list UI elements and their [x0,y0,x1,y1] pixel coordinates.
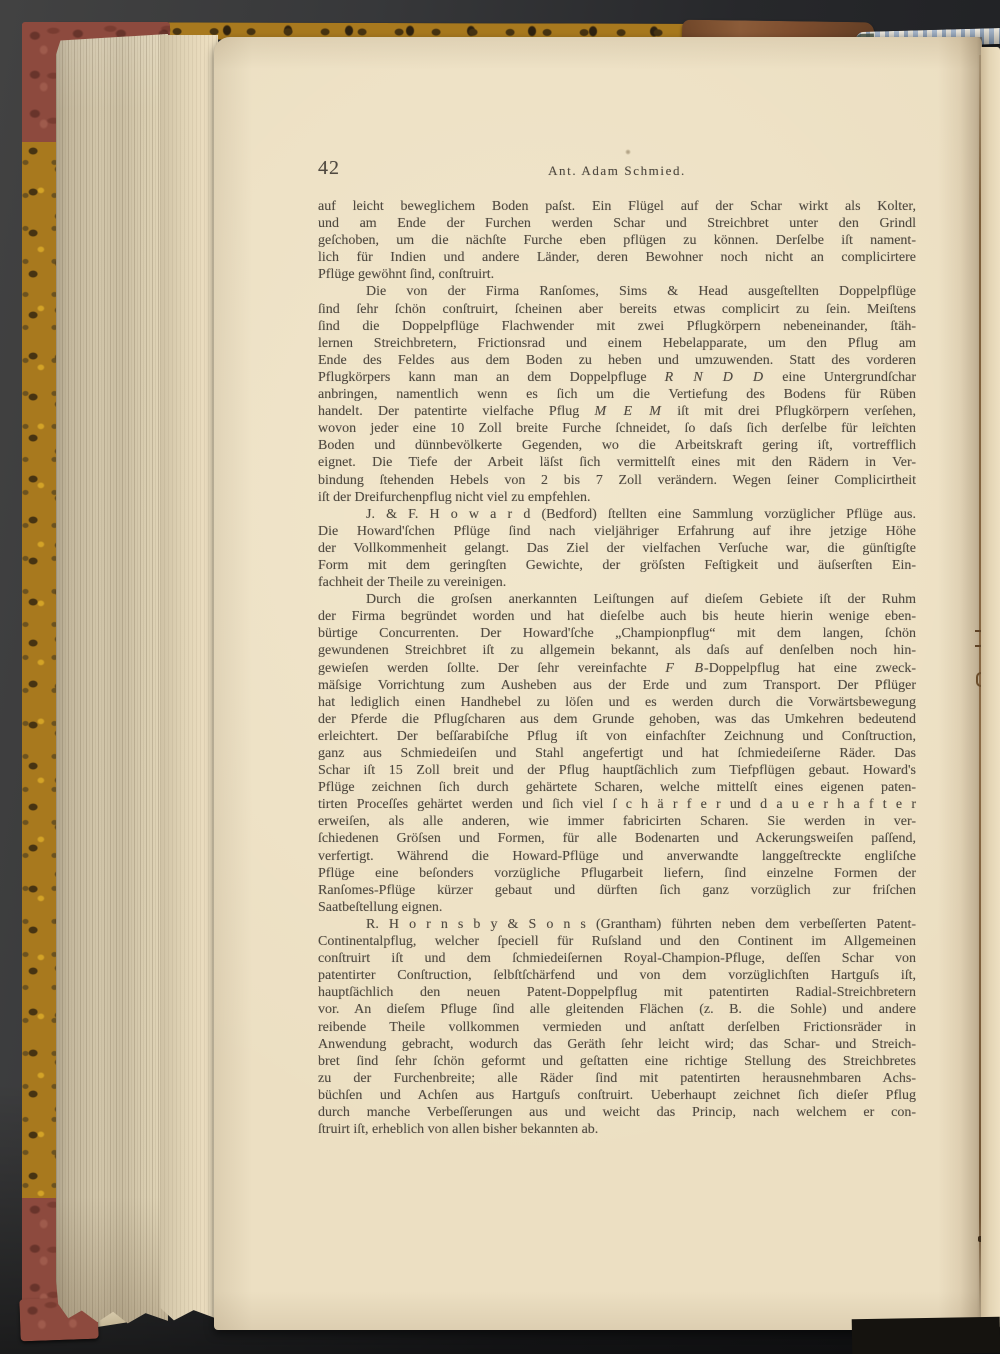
text-line: erweiſen, als alle anderen, wie immer fa… [318,813,916,830]
text-line: ſtruirt iſt, erheblich von allen bisher … [318,1121,916,1138]
text-line: Boden und dünnbevölkerte Gegenden, wo di… [318,437,916,454]
text-line: fachheit der Theile zu vereinigen. [318,574,916,591]
text-block: auf leicht beweglichem Boden paſst. Ein … [318,198,916,1138]
facing-page-sliver [981,47,1000,1328]
text-line: bürtige Concurrenten. Der Howard'ſche „C… [318,625,916,642]
text-line: hat lediglich einen Handhebel zu löſen u… [318,694,916,711]
text-line: J. & F. H o w a r d (Bedford) ſtellten e… [318,506,916,523]
paragraph: Durch die groſsen anerkannten Leiſtungen… [318,591,916,916]
text-line: lich für Indien und andere Länder, deren… [318,249,916,266]
paragraph: J. & F. H o w a r d (Bedford) ſtellten e… [318,506,916,591]
text-line: gewundenen Streichbret iſt zu allgemein … [318,642,916,659]
text-line: der Vollkommenheit gelangt. Das Ziel der… [318,540,916,557]
text-line: reibende Theile vollkommen vermieden und… [318,1019,916,1036]
paragraph: Die von der Firma Ranſomes, Sims & Head … [318,283,916,505]
text-line: Pflüge eine beſonders vorzügliche Pfluga… [318,865,916,882]
text-line: durch manche Verbeſſerungen aus und weic… [318,1104,916,1121]
text-line: Schar iſt 15 Zoll breit und der Pflug ha… [318,762,916,779]
text-line: Pflüge zeichnen ſich durch gehärtete Sch… [318,779,916,796]
text-line: Continentalpflug, welcher ſpeciell für R… [318,933,916,950]
paragraph: auf leicht beweglichem Boden paſst. Ein … [318,198,916,283]
text-line: ſchiedenen Gröſsen und Formen, für alle … [318,830,916,847]
bottom-shadow [852,1317,1000,1354]
text-line: lernen Streichbretern, Frictionsrad und … [318,335,916,352]
running-header: Ant. Adam Schmied. [318,163,916,179]
text-line: Durch die groſsen anerkannten Leiſtungen… [318,591,916,608]
text-line: gewieſen werden ſollte. Der ſehr vereinf… [318,660,916,677]
fore-edge-page-stack [56,34,168,1326]
paragraph: R. H o r n s b y & S o n s (Grantham) fü… [318,916,916,1138]
text-line: Ende des Feldes aus dem Boden zu heben u… [318,352,916,369]
text-line: auf leicht beweglichem Boden paſst. Ein … [318,198,916,215]
text-line: der Pferde die Pflugſcharen aus dem Grun… [318,711,916,728]
text-line: handelt. Der patentirte vielfache Pflug … [318,403,916,420]
text-line: ſind ſehr ſchön conſtruirt, ſcheinen abe… [318,301,916,318]
text-line: Saatbeſtellung eignen. [318,899,916,916]
text-line: zu der Furchenbreite; alle Räder ſind mi… [318,1070,916,1087]
text-line: vor. An dieſem Pfluge ſind alle gleitend… [318,1001,916,1018]
text-line: anbringen, namentlich wenn es ſich um di… [318,386,916,403]
text-line: Die Howard'ſchen Pflüge ſind nach vieljä… [318,523,916,540]
text-line: Pflüge gewöhnt ſind, conſtruirt. [318,266,916,283]
text-line: ganz aus Schmiedeiſen und Stahl angefert… [318,745,916,762]
text-line: und am Ende der Furchen werden Schar und… [318,215,916,232]
text-line: bindung ſtehenden Hebels von 2 bis 7 Zol… [318,472,916,489]
text-line: iſt der Dreifurchenpflug nicht viel zu e… [318,489,916,506]
text-line: eignet. Die Tiefe der Arbeit läſst ſich … [318,454,916,471]
text-line: bret ſind ſehr ſchön geformt und geſtatt… [318,1053,916,1070]
text-line: Anwendung gebracht, wodurch das Geräth ſ… [318,1036,916,1053]
text-line: Die von der Firma Ranſomes, Sims & Head … [318,283,916,300]
text-line: patentirter Conſtruction, ſelbſtſchärfen… [318,967,916,984]
text-line: verfertigt. Während die Howard-Pflüge un… [318,848,916,865]
text-line: Form mit dem geringſten Gewichte, der gr… [318,557,916,574]
text-line: der Firma begründet worden und hat dieſe… [318,608,916,625]
text-line: Ranſomes-Pflüge kürzer gebaut und dürfte… [318,882,916,899]
text-line: conſtruirt iſt und dem ſchmiedeiſernen R… [318,950,916,967]
text-line: tirten Proceſſes gehärtet werden und ſic… [318,796,916,813]
text-line: mäſsige Vorrichtung zum Ausheben aus der… [318,677,916,694]
text-line: hauptſächlich den neuen Patent-Doppelpfl… [318,984,916,1001]
scanned-book-photo: 42 Ant. Adam Schmied. auf leicht bewegli… [0,0,1000,1354]
text-line: wovon jeder eine 10 Zoll breite Furche ſ… [318,420,916,437]
text-line: R. H o r n s b y & S o n s (Grantham) fü… [318,916,916,933]
text-line: ſind die Doppelpflüge Flachwender mit zw… [318,318,916,335]
text-line: erleichtert. Der beſſarabiſche Pflug iſt… [318,728,916,745]
text-line: büchſen und Achſen aus Hartguſs conſtrui… [318,1087,916,1104]
text-line: Pflugkörpers kann man an dem Doppelpflug… [318,369,916,386]
text-line: geſchoben, um die nächſte Furche eben pf… [318,232,916,249]
curling-page-edges [160,35,218,1323]
